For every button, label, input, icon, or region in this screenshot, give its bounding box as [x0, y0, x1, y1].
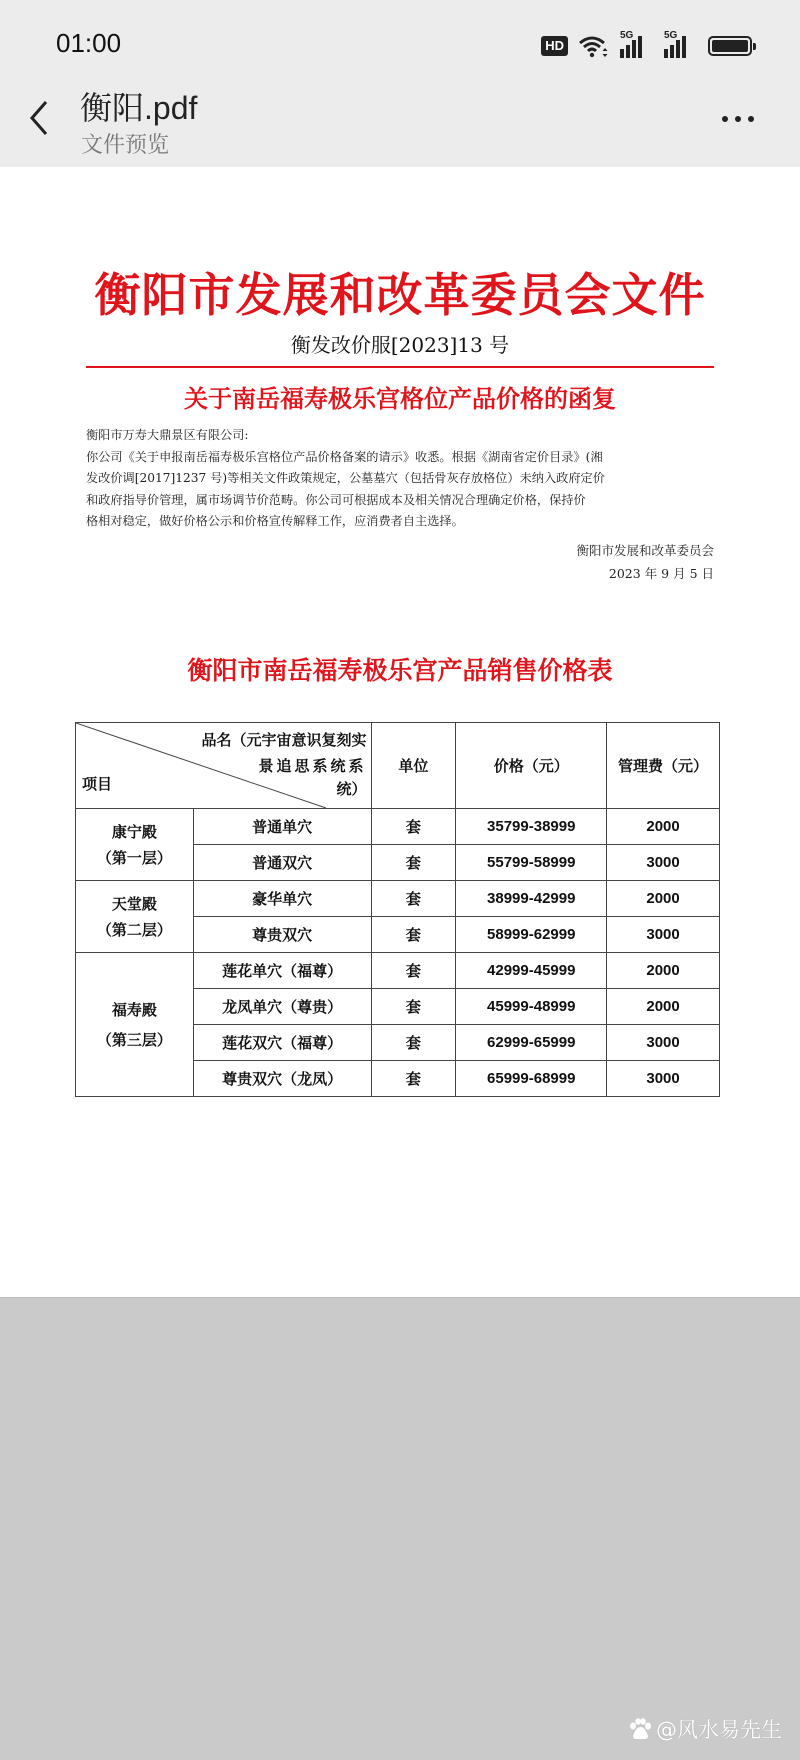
document-masthead: 衡阳市发展和改革委员会文件 — [0, 259, 800, 325]
fee-cell: 2000 — [607, 953, 720, 989]
product-cell: 莲花双穴（福尊） — [193, 1025, 371, 1061]
document-body: 衡阳市万寿大鼎景区有限公司: 你公司《关于申报南岳福寿极乐宫格位产品价格备案的请… — [86, 425, 714, 533]
addressee: 衡阳市万寿大鼎景区有限公司: — [86, 425, 714, 447]
price-cell: 55799-58999 — [456, 845, 607, 881]
app-header: 01:00 HD 5G 5G 衡阳.pdf 文件预览 — [0, 0, 800, 167]
back-arrow-icon[interactable] — [26, 98, 54, 138]
price-cell: 65999-68999 — [456, 1061, 607, 1097]
watermark-text: @风水易先生 — [656, 1714, 782, 1744]
more-options-icon[interactable] — [722, 104, 762, 134]
document-subject: 关于南岳福寿极乐宫格位产品价格的函复 — [0, 379, 800, 414]
unit-cell: 套 — [371, 917, 456, 953]
signature-org: 衡阳市发展和改革委员会 — [576, 541, 714, 559]
status-icons: HD 5G 5G — [541, 32, 752, 60]
unit-cell: 套 — [371, 989, 456, 1025]
product-cell: 普通双穴 — [193, 845, 371, 881]
table-row: 康宁殿（第一层） 普通单穴 套 35799-38999 2000 — [76, 809, 720, 845]
signature-date: 2023 年 9 月 5 日 — [609, 564, 714, 582]
price-table: 品名（元宇宙意识复刻实 景追思系统系 统） 项目 单位 价格（元） 管理费（元）… — [75, 722, 720, 1097]
price-header: 价格（元） — [456, 723, 607, 809]
table-header-row: 品名（元宇宙意识复刻实 景追思系统系 统） 项目 单位 价格（元） 管理费（元） — [76, 723, 720, 809]
unit-cell: 套 — [371, 845, 456, 881]
body-line: 发改价调[2017]1237 号)等相关文件政策规定，公墓墓穴（包括骨灰存放格位… — [86, 468, 714, 490]
body-line: 和政府指导价管理，属市场调节价范畴。你公司可根据成本及相关情况合理确定价格，保持… — [86, 490, 714, 512]
fee-cell: 3000 — [607, 1061, 720, 1097]
fee-header: 管理费（元） — [607, 723, 720, 809]
document-number: 衡发改价服[2023]13 号 — [0, 329, 800, 358]
unit-cell: 套 — [371, 1025, 456, 1061]
battery-icon — [708, 36, 752, 56]
diagonal-header-cell: 品名（元宇宙意识复刻实 景追思系统系 统） 项目 — [76, 723, 372, 809]
fee-cell: 2000 — [607, 809, 720, 845]
file-subtitle: 文件预览 — [81, 128, 169, 159]
price-cell: 45999-48999 — [456, 989, 607, 1025]
5g-signal-icon: 5G — [664, 34, 698, 58]
price-cell: 38999-42999 — [456, 881, 607, 917]
price-table-title: 衡阳市南岳福寿极乐宫产品销售价格表 — [0, 651, 800, 687]
watermark: @风水易先生 — [628, 1714, 782, 1744]
item-label: 项目 — [82, 773, 112, 794]
unit-cell: 套 — [371, 809, 456, 845]
unit-header: 单位 — [371, 723, 456, 809]
red-divider — [86, 366, 714, 368]
unit-cell: 套 — [371, 953, 456, 989]
baidu-paw-icon — [628, 1718, 652, 1740]
fee-cell: 3000 — [607, 845, 720, 881]
product-cell: 龙凤单穴（尊贵） — [193, 989, 371, 1025]
fee-cell: 3000 — [607, 1025, 720, 1061]
product-name-label: 品名（元宇宙意识复刻实 景追思系统系 统） — [76, 727, 367, 799]
product-cell: 豪华单穴 — [193, 881, 371, 917]
price-cell: 62999-65999 — [456, 1025, 607, 1061]
status-time: 01:00 — [56, 28, 121, 59]
body-line: 格相对稳定，做好价格公示和价格宣传解释工作，应消费者自主选择。 — [86, 511, 714, 533]
price-cell: 35799-38999 — [456, 809, 607, 845]
5g-signal-icon: 5G — [620, 34, 654, 58]
unit-cell: 套 — [371, 881, 456, 917]
fee-cell: 2000 — [607, 989, 720, 1025]
price-cell: 58999-62999 — [456, 917, 607, 953]
hall-cell: 福寿殿（第三层） — [76, 953, 194, 1097]
unit-cell: 套 — [371, 1061, 456, 1097]
fee-cell: 3000 — [607, 917, 720, 953]
hd-voice-icon: HD — [541, 36, 568, 56]
table-row: 福寿殿（第三层） 莲花单穴（福尊） 套 42999-45999 2000 — [76, 953, 720, 989]
pdf-page: 衡阳市发展和改革委员会文件 衡发改价服[2023]13 号 关于南岳福寿极乐宫格… — [0, 167, 800, 1298]
hall-cell: 康宁殿（第一层） — [76, 809, 194, 881]
fee-cell: 2000 — [607, 881, 720, 917]
price-cell: 42999-45999 — [456, 953, 607, 989]
wifi-icon — [578, 34, 610, 58]
product-cell: 尊贵双穴 — [193, 917, 371, 953]
product-cell: 莲花单穴（福尊） — [193, 953, 371, 989]
hall-cell: 天堂殿（第二层） — [76, 881, 194, 953]
file-title: 衡阳.pdf — [80, 83, 197, 129]
product-cell: 尊贵双穴（龙凤） — [193, 1061, 371, 1097]
body-line: 你公司《关于申报南岳福寿极乐宫格位产品价格备案的请示》收悉。根据《湖南省定价目录… — [86, 447, 714, 469]
product-cell: 普通单穴 — [193, 809, 371, 845]
table-row: 天堂殿（第二层） 豪华单穴 套 38999-42999 2000 — [76, 881, 720, 917]
